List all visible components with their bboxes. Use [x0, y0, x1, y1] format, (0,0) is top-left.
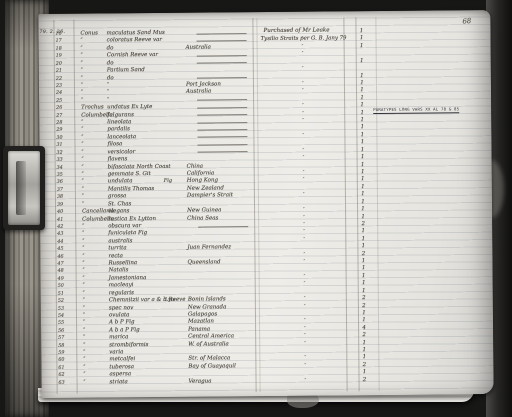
acquired-ditto: ″ — [302, 110, 304, 117]
genus-or-ditto: ″ — [82, 186, 84, 193]
genus-or-ditto: ″ — [81, 120, 83, 127]
fill-dash — [197, 77, 247, 78]
acquired-ditto: ″ — [302, 103, 304, 110]
species-text: tuberosa — [109, 364, 134, 371]
row-number: 21 — [56, 68, 62, 75]
acquired-ditto: ″ — [304, 296, 306, 303]
species-text: Cornish Reeve var — [107, 52, 158, 59]
acquired-ditto: ″ — [303, 214, 305, 221]
fill-dash — [197, 122, 247, 123]
locality: Hong Kong — [187, 178, 218, 185]
species-text: Jamestoniana — [109, 275, 147, 282]
genus-or-ditto: ″ — [83, 320, 85, 327]
locality: Queensland — [187, 259, 220, 266]
row-number: 37 — [57, 187, 63, 194]
genus-or-ditto: ″ — [82, 194, 84, 201]
quantity: 1 — [356, 28, 366, 35]
locality: New Guinea — [187, 207, 221, 214]
row-number: 19 — [56, 53, 62, 60]
locality: Bay of Guayaquil — [188, 363, 236, 370]
species-text: St. Chas — [108, 201, 131, 208]
locality: Australia — [186, 44, 211, 51]
genus-or-ditto: ″ — [82, 223, 84, 230]
row-number: 48 — [58, 268, 64, 275]
locality: New Granada — [188, 304, 227, 311]
genus-or-ditto: ″ — [83, 372, 85, 379]
acquired-ditto: ″ — [304, 340, 306, 347]
quantity: 1 — [358, 206, 368, 213]
quantity: 1 — [357, 87, 367, 94]
acquired-ditto: ″ — [303, 177, 305, 184]
quantity: 1 — [357, 125, 367, 132]
entry-rows: 16Conusmaculatus Sand Mus117″coloratus R… — [38, 10, 490, 14]
locality: China Seas — [187, 215, 218, 222]
genus-or-ditto: ″ — [81, 53, 83, 60]
acquired-ditto: ″ — [304, 281, 306, 288]
clasp-metal-plate — [8, 151, 40, 225]
book-clasp — [3, 146, 45, 230]
species-text: do — [107, 75, 114, 82]
species-text: undatus Ex Lyte — [107, 104, 152, 111]
genus-or-ditto: ″ — [82, 253, 84, 260]
species-text: bifasciata North Coast — [108, 163, 171, 171]
species-text: grossa — [108, 193, 126, 200]
species-text: turrita — [108, 245, 126, 252]
row-number: 55 — [58, 320, 64, 327]
quantity: 2 — [359, 303, 369, 310]
quantity: 1 — [357, 110, 367, 117]
species-text: strombiformis — [109, 342, 148, 349]
species-text: regularis — [109, 290, 134, 297]
genus-or-ditto: ″ — [81, 142, 83, 149]
row-number: 49 — [58, 276, 64, 283]
genus-or-ditto: ″ — [81, 127, 83, 134]
quantity: 1 — [357, 73, 367, 80]
row-number: 30 — [56, 135, 62, 142]
page-number: 68 — [462, 17, 472, 26]
species-text: macleayi — [109, 282, 134, 289]
acquired-ditto: ″ — [302, 88, 304, 95]
genus-or-ditto: ″ — [82, 261, 84, 268]
locality: Veragua — [189, 378, 212, 385]
row-number: 53 — [58, 305, 64, 312]
quantity: 1 — [358, 162, 368, 169]
row-number: 50 — [58, 283, 64, 290]
species-text: lanceolata — [107, 134, 136, 141]
quantity: 1 — [358, 147, 368, 154]
quantity: 1 — [357, 58, 367, 65]
acquired-ditto: ″ — [302, 118, 304, 125]
species-text: spec nov — [109, 305, 133, 312]
species-text: recta — [108, 253, 123, 260]
row-number: 38 — [57, 194, 63, 201]
quantity: 2 — [358, 251, 368, 258]
genus-or-ditto: ″ — [84, 379, 86, 386]
quantity: 1 — [358, 154, 368, 161]
row-number: 43 — [57, 231, 63, 238]
genus-or-ditto: ″ — [81, 68, 83, 75]
acquired-ditto: ″ — [302, 133, 304, 140]
row-number: 59 — [58, 350, 64, 357]
species-text: do — [107, 60, 114, 67]
acquired-ditto: ″ — [304, 274, 306, 281]
genus-or-ditto: ″ — [83, 283, 85, 290]
row-number: 58 — [58, 342, 64, 349]
genus-or-ditto: ″ — [81, 134, 83, 141]
row-number: 28 — [56, 120, 62, 127]
quantity: 1 — [359, 273, 369, 280]
locality: W. of Australia — [188, 341, 229, 348]
locality: Central America — [188, 334, 234, 341]
locality: Bonin Islands — [188, 296, 226, 303]
species-text: metcalfei — [109, 357, 135, 364]
acquired-ditto: ″ — [305, 377, 307, 384]
row-number: 18 — [56, 46, 62, 53]
quantity: 1 — [358, 184, 368, 191]
quantity: 1 — [359, 340, 369, 347]
quantity: 1 — [358, 258, 368, 265]
species-text: filosa — [107, 142, 122, 149]
fill-dash — [198, 151, 248, 152]
row-number: 42 — [57, 224, 63, 231]
row-number: 56 — [58, 328, 64, 335]
ledger-photo: 68 79. 2. 26. Purchased of Mr Leake Tysi… — [0, 0, 512, 417]
species-text: marica — [109, 334, 128, 341]
row-number: 26 — [56, 105, 62, 112]
species-text: A b P Fig — [109, 320, 135, 327]
acquired-ditto: ″ — [304, 363, 306, 370]
row-number: 22 — [56, 75, 62, 82]
row-number: 16 — [55, 31, 61, 38]
species-text: Partium Sand — [107, 67, 145, 74]
row-number: 40 — [57, 209, 63, 216]
quantity: 1 — [357, 132, 367, 139]
row-number: 32 — [57, 149, 63, 156]
genus-or-ditto: ″ — [82, 179, 84, 186]
quantity: 1 — [358, 228, 368, 235]
quantity: 2 — [359, 332, 369, 339]
quantity: 1 — [358, 236, 368, 243]
fill-dash — [197, 137, 247, 138]
species-text: elegans — [108, 208, 129, 215]
fill-dash — [197, 114, 247, 115]
acquired-ditto: ″ — [304, 325, 306, 332]
acquired-ditto: ″ — [304, 318, 306, 325]
row-number: 35 — [57, 172, 63, 179]
row-number: 45 — [57, 246, 63, 253]
quantity: 1 — [359, 369, 369, 376]
row-number: 63 — [59, 379, 65, 386]
quantity: 1 — [358, 191, 368, 198]
species-text: ″ — [107, 97, 109, 104]
locality: Australia — [186, 89, 211, 96]
genus-or-ditto: ″ — [83, 342, 85, 349]
quantity: 1 — [357, 139, 367, 146]
genus-or-ditto: ″ — [81, 38, 83, 45]
fill-dash — [197, 144, 247, 145]
genus-or-ditto: ″ — [83, 335, 85, 342]
row-number: 54 — [58, 313, 64, 320]
genus-or-ditto: ″ — [81, 83, 83, 90]
acquired-ditto: ″ — [303, 236, 305, 243]
genus-or-ditto: ″ — [81, 45, 83, 52]
genus-or-ditto: ″ — [83, 313, 85, 320]
acquired-ditto: ″ — [304, 303, 306, 310]
row-number: 61 — [58, 365, 64, 372]
locality: Panama — [188, 326, 210, 333]
acquired-ditto: ″ — [303, 229, 305, 236]
acquired-ditto: ″ — [302, 43, 304, 50]
acquired-ditto: ″ — [302, 66, 304, 73]
quantity: 1 — [359, 355, 369, 362]
entry-note: Fig — [164, 178, 172, 185]
genus-or-ditto: ″ — [82, 201, 84, 208]
acquired-ditto: ″ — [302, 81, 304, 88]
row-number: 27 — [56, 112, 62, 119]
quantity: 1 — [358, 169, 368, 176]
genus-or-ditto: ″ — [83, 357, 85, 364]
species-text: undulata — [108, 179, 133, 186]
quantity: 4 — [359, 325, 369, 332]
genus-or-ditto: ″ — [81, 60, 83, 67]
row-number: 25 — [56, 98, 62, 105]
locality: Str. of Malacca — [188, 356, 230, 363]
genus-or-ditto: ″ — [83, 364, 85, 371]
fill-dash — [198, 226, 248, 227]
locality: China — [187, 163, 203, 170]
row-number: 47 — [57, 261, 63, 268]
genus-or-ditto: ″ — [82, 238, 84, 245]
fill-dash — [197, 33, 247, 34]
acquired-ditto: ″ — [303, 147, 305, 154]
acquired-ditto: ″ — [303, 222, 305, 229]
genus-or-ditto: Conus — [80, 30, 97, 37]
acquired-ditto: ″ — [302, 36, 304, 43]
row-number: 34 — [57, 164, 63, 171]
quantity: 1 — [359, 266, 369, 273]
species-text: do — [107, 45, 114, 52]
row-number: 52 — [58, 298, 64, 305]
locality: Port Jackson — [186, 81, 221, 88]
fill-dash — [197, 62, 247, 63]
species-text: ″ — [107, 82, 109, 89]
quantity: 1 — [357, 80, 367, 87]
row-number: 24 — [56, 90, 62, 97]
quantity: 1 — [357, 43, 367, 50]
row-number: 39 — [57, 201, 63, 208]
acquired-ditto: ″ — [304, 333, 306, 340]
acquired-ditto: ″ — [304, 355, 306, 362]
quantity: 2 — [359, 362, 369, 369]
genus-or-ditto: ″ — [83, 268, 85, 275]
genus-or-ditto: ″ — [82, 172, 84, 179]
acquired-ditto: ″ — [303, 259, 305, 266]
genus-or-ditto: ″ — [83, 275, 85, 282]
genus-or-ditto: Trochus — [81, 105, 104, 112]
quantity: 1 — [359, 288, 369, 295]
row-number: 20 — [56, 60, 62, 67]
genus-or-ditto: ″ — [82, 157, 84, 164]
acquired-ditto: ″ — [302, 51, 304, 58]
row-number: 17 — [56, 38, 62, 45]
quantity: 1 — [359, 317, 369, 324]
species-text: striata — [110, 379, 128, 386]
row-number: 31 — [56, 142, 62, 149]
row-number: 33 — [57, 157, 63, 164]
locality: New Zealand — [187, 185, 224, 192]
locality: Mazatlan — [188, 319, 214, 326]
species-text: versicolor — [108, 149, 136, 156]
quantity: 2 — [360, 377, 370, 384]
quantity: 1 — [358, 199, 368, 206]
species-text: funiculata Fig — [108, 230, 147, 237]
genus-or-ditto: ″ — [81, 97, 83, 104]
ledger-sheet: 68 79. 2. 26. Purchased of Mr Leake Tysi… — [38, 10, 493, 398]
row-number: 60 — [58, 357, 64, 364]
species-text: fulgurans — [107, 112, 134, 119]
species-text: Natalis — [109, 268, 129, 275]
acquired-ditto: ″ — [303, 251, 305, 258]
species-text: rustica Ex Lytton — [108, 215, 156, 222]
locality: Juan Fernandez — [187, 244, 231, 251]
species-text: flavens — [108, 156, 128, 163]
row-number: 29 — [56, 127, 62, 134]
quantity: 1 — [357, 102, 367, 109]
quantity: 1 — [359, 280, 369, 287]
row-number: 46 — [57, 253, 63, 260]
row-number: 41 — [57, 216, 63, 223]
species-text: Mantilis Thomas — [108, 186, 154, 193]
quantity: 1 — [358, 243, 368, 250]
genus-or-ditto: ″ — [81, 75, 83, 82]
genus-or-ditto: ″ — [83, 298, 85, 305]
genus-or-ditto: ″ — [82, 149, 84, 156]
row-number: 23 — [56, 83, 62, 90]
genus-or-ditto: ″ — [82, 231, 84, 238]
acquired-ditto: ″ — [303, 170, 305, 177]
quantity: 2 — [359, 295, 369, 302]
quantity: 1 — [357, 95, 367, 102]
fill-dash — [197, 107, 247, 108]
genus-or-ditto: ″ — [81, 90, 83, 97]
quantity: 1 — [358, 177, 368, 184]
species-text: pardalis — [107, 127, 130, 134]
quantity: 1 — [358, 214, 368, 221]
species-text: aspersa — [109, 371, 131, 378]
species-text: ″ — [107, 90, 109, 97]
genus-or-ditto: ″ — [83, 327, 85, 334]
row-number: 44 — [57, 239, 63, 246]
quantity: 2 — [358, 221, 368, 228]
acquired-ditto: ″ — [303, 192, 305, 199]
species-text: coloratus Reeve var — [107, 37, 163, 44]
row-number: 51 — [58, 290, 64, 297]
acquired-ditto: ″ — [303, 207, 305, 214]
row-number: 62 — [58, 372, 64, 379]
genus-or-ditto: ″ — [83, 290, 85, 297]
fill-dash — [197, 40, 247, 41]
genus-or-ditto: ″ — [82, 164, 84, 171]
row-number: 57 — [58, 335, 64, 342]
fill-dash — [197, 55, 247, 56]
locality: Dampier's Strait — [187, 193, 233, 200]
genus-or-ditto: ″ — [82, 246, 84, 253]
species-text: australis — [108, 238, 132, 245]
species-text: A b a P Fig — [109, 327, 140, 334]
entry-note: Lyte — [165, 297, 176, 304]
quantity: 1 — [357, 36, 367, 43]
quantity: 1 — [359, 310, 369, 317]
fill-dash — [197, 100, 247, 101]
fill-dash — [197, 129, 247, 130]
acquired-ditto: ″ — [303, 155, 305, 162]
row-number: 36 — [57, 179, 63, 186]
genus-or-ditto: ″ — [83, 305, 85, 312]
